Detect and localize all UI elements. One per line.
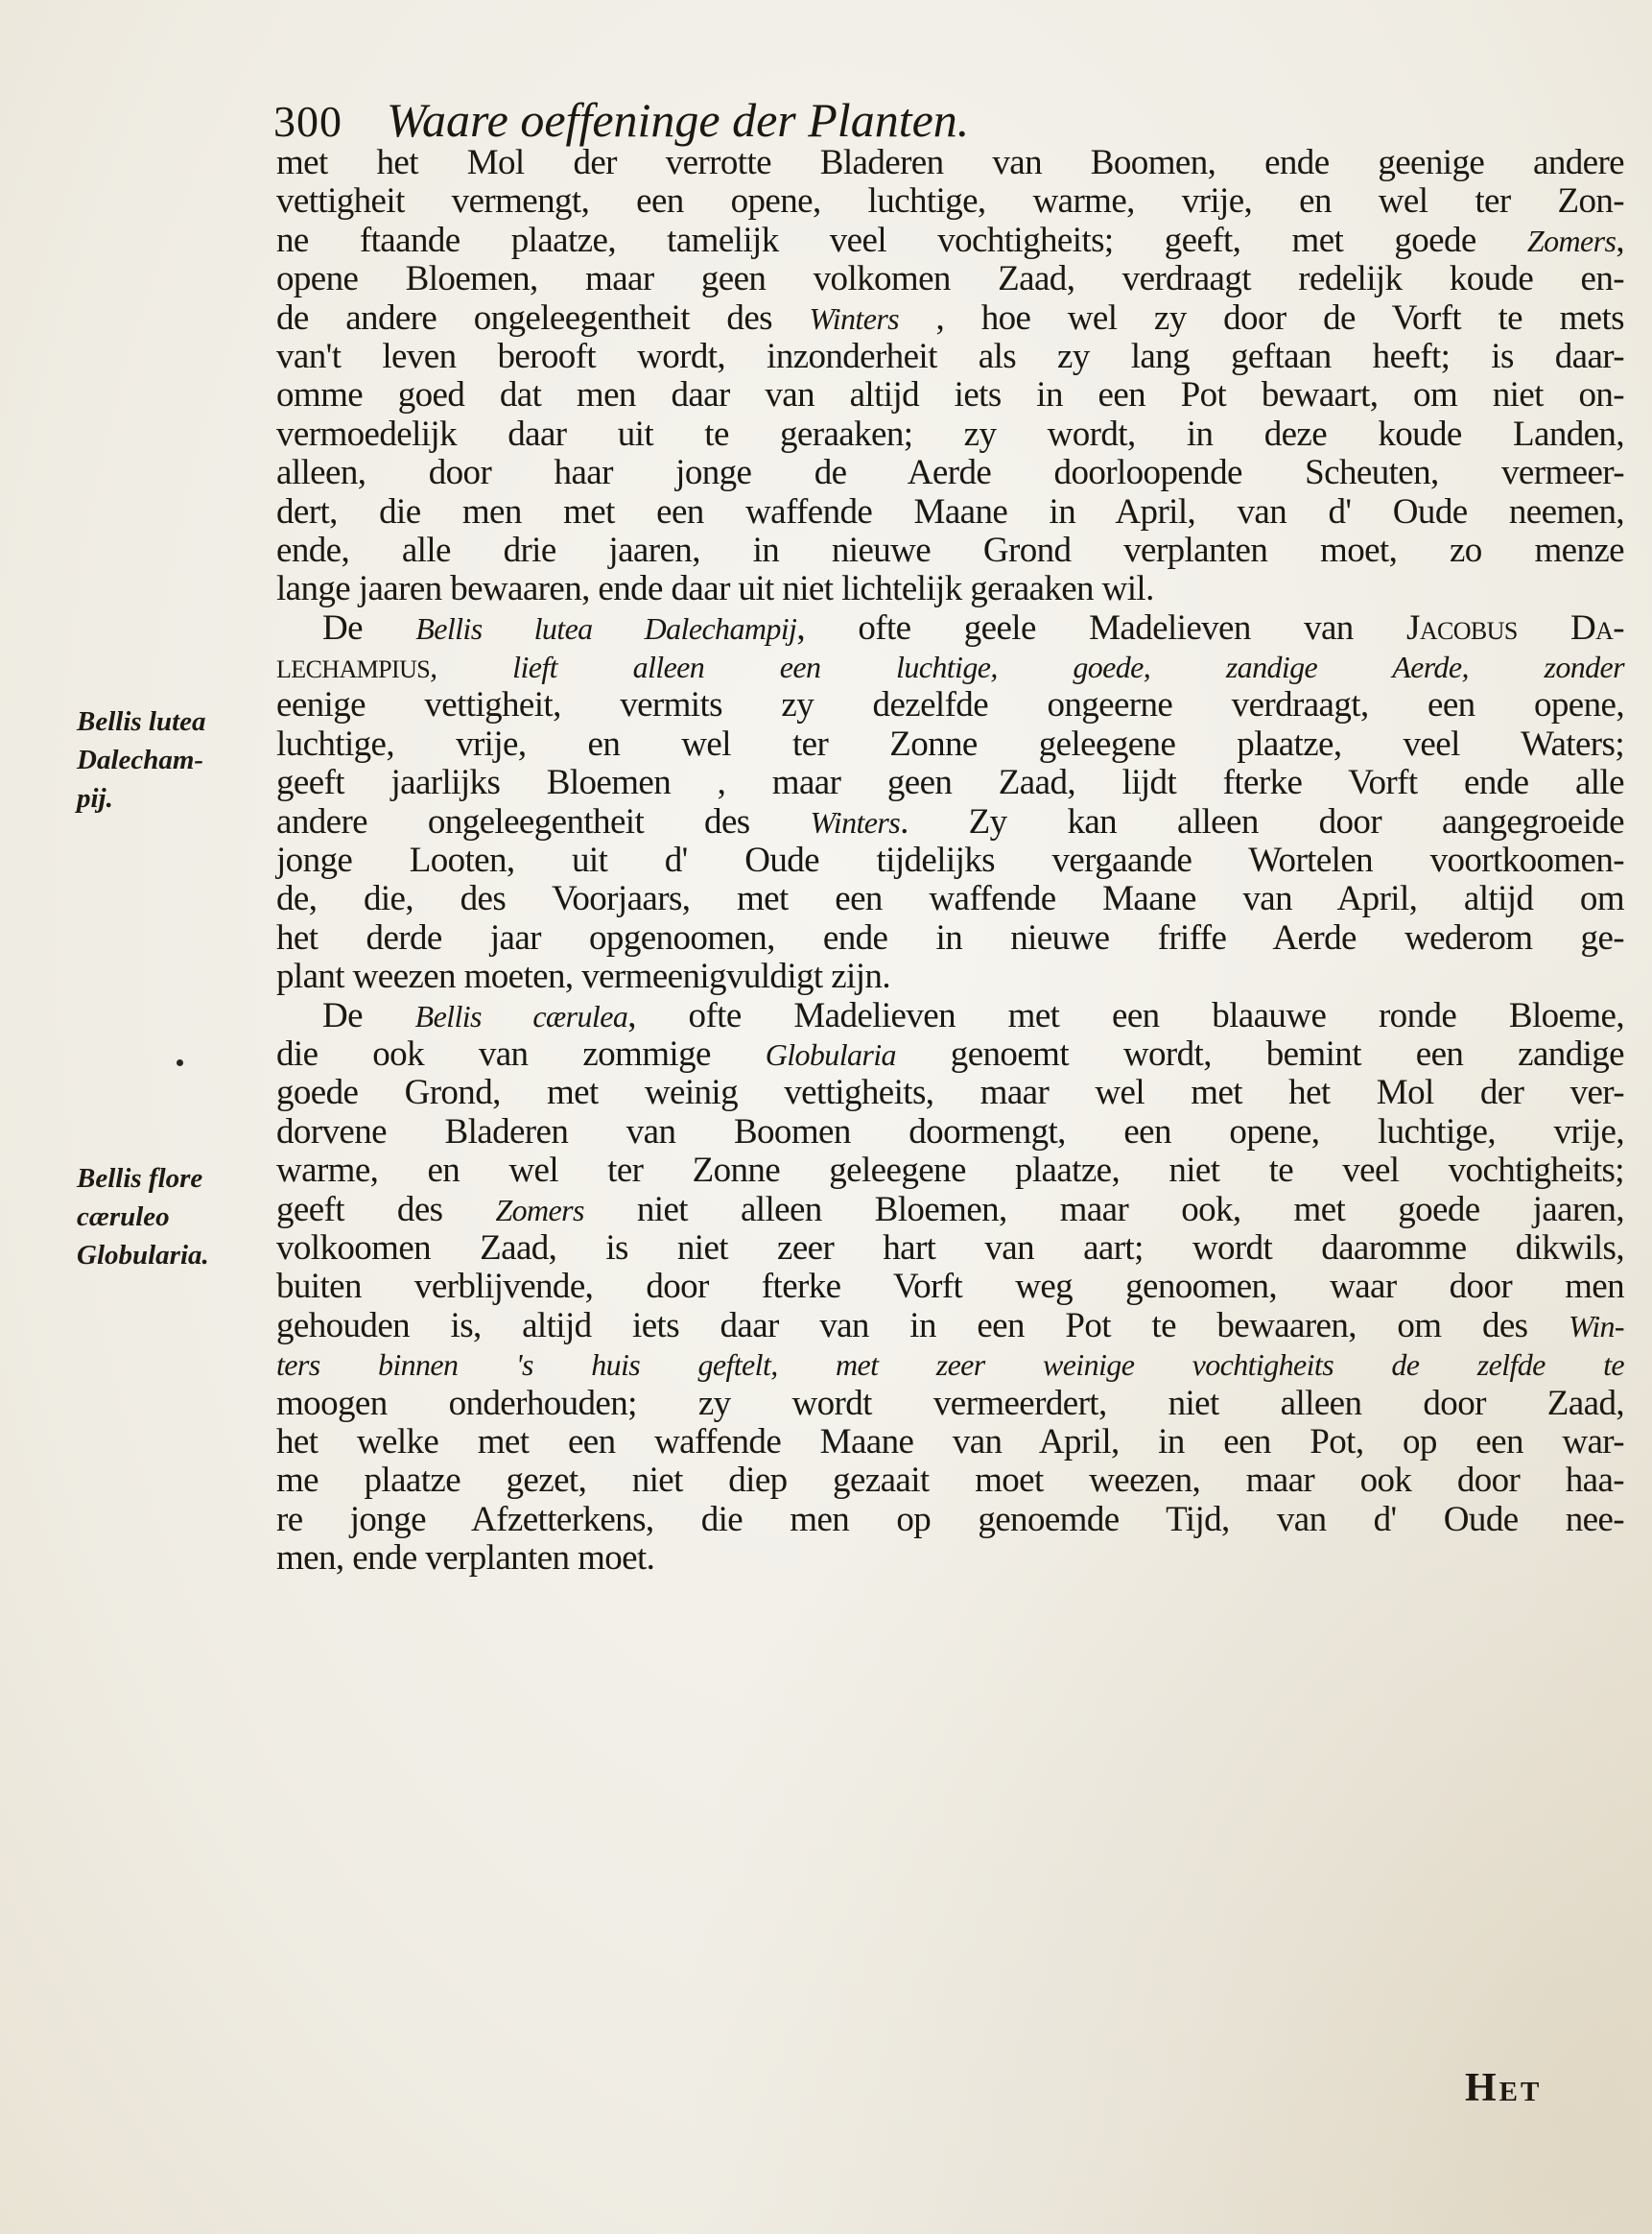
text-line: me plaatze gezet, niet diep gezaait moet…: [276, 1462, 1624, 1500]
catchword: Het: [1465, 2065, 1542, 2111]
text-run: luchtige, vrije, en wel ter Zonne geleeg…: [276, 725, 1624, 764]
text-run: . Zy kan alleen door aangegroeide: [900, 802, 1624, 842]
text-line: omme goed dat men daar van altijd iets i…: [276, 376, 1624, 415]
italic-term: , lieft alleen een luchtige, goede, zand…: [430, 650, 1624, 684]
text-run: niet alleen Bloemen, maar ook, met goede…: [584, 1190, 1624, 1229]
text-run: eenige vettigheit, vermits zy dezelfde o…: [276, 685, 1624, 725]
italic-term: Bellis lutea Dalechampij: [415, 611, 796, 646]
text-run: andere ongeleegentheit des: [276, 802, 810, 842]
margin-note-line: Globularia.: [77, 1236, 209, 1274]
body-text: met het Mol der verrotte Bladeren van Bo…: [276, 144, 1624, 1578]
text-run: gehouden is, altijd iets daar van in een…: [276, 1306, 1569, 1345]
person-name: lechampius: [276, 647, 430, 686]
text-run: geeft des: [276, 1190, 495, 1229]
text-run: moogen onderhouden; zy wordt vermeerdert…: [276, 1384, 1624, 1423]
text-run: dorvene Bladeren van Boomen doormengt, e…: [276, 1112, 1624, 1152]
italic-term: Zomers: [1527, 224, 1616, 258]
text-line: geeft des Zomers niet alleen Bloemen, ma…: [276, 1191, 1624, 1229]
text-line: warme, en wel ter Zonne geleegene plaatz…: [276, 1152, 1624, 1190]
italic-term: Winters: [810, 805, 900, 840]
text-run: met het Mol der verrotte Bladeren van Bo…: [276, 143, 1624, 182]
text-line: re jonge Afzetterkens, die men op genoem…: [276, 1501, 1624, 1539]
text-run: opene Bloemen, maar geen volkomen Zaad, …: [276, 259, 1624, 298]
text-run: het welke met een waffende Maane van Apr…: [276, 1422, 1624, 1462]
text-line: alleen, door haar jonge de Aerde doorloo…: [276, 454, 1624, 492]
text-run: , ofte Madelieven met een blaauwe ronde …: [627, 996, 1624, 1035]
margin-dot: [177, 1059, 183, 1066]
text-line: de andere ongeleegentheit des Winters , …: [276, 299, 1624, 338]
running-title: Waare oeffeninge der Planten.: [387, 92, 969, 148]
text-line: lange jaaren bewaaren, ende daar uit nie…: [276, 570, 1624, 608]
text-run: het derde jaar opgenoomen, ende in nieuw…: [276, 918, 1624, 958]
text-run: alleen, door haar jonge de Aerde doorloo…: [276, 453, 1624, 492]
text-line: opene Bloemen, maar geen volkomen Zaad, …: [276, 260, 1624, 298]
text-run: goede Grond, met weinig vettigheits, maa…: [276, 1073, 1624, 1112]
text-line: jonge Looten, uit d' Oude tijdelijks ver…: [276, 842, 1624, 880]
margin-note-line: pij.: [77, 779, 206, 818]
text-line: lechampius, lieft alleen een luchtige, g…: [276, 648, 1624, 686]
text-line: De Bellis lutea Dalechampij, ofte geele …: [276, 609, 1624, 648]
italic-term: Winters: [809, 301, 899, 336]
text-line: men, ende verplanten moet.: [276, 1539, 1624, 1578]
text-run: lange jaaren bewaaren, ende daar uit nie…: [276, 569, 1154, 608]
text-line: eenige vettigheit, vermits zy dezelfde o…: [276, 686, 1624, 725]
text-run: omme goed dat men daar van altijd iets i…: [276, 375, 1624, 415]
italic-term: Zomers: [495, 1193, 583, 1227]
text-run: ,: [1616, 221, 1624, 260]
text-line: moogen onderhouden; zy wordt vermeerdert…: [276, 1385, 1624, 1423]
text-run: men, ende verplanten moet.: [276, 1538, 654, 1578]
text-run: jonge Looten, uit d' Oude tijdelijks ver…: [276, 841, 1624, 880]
margin-note-line: cæruleo: [77, 1198, 209, 1236]
text-line: gehouden is, altijd iets daar van in een…: [276, 1307, 1624, 1345]
margin-note-line: Dalecham-: [77, 741, 206, 779]
text-line: ende, alle drie jaaren, in nieuwe Grond …: [276, 532, 1624, 570]
text-line: goede Grond, met weinig vettigheits, maa…: [276, 1074, 1624, 1112]
text-line: van't leven berooft wordt, inzonderheit …: [276, 338, 1624, 376]
italic-term: Win-: [1569, 1309, 1624, 1343]
italic-term: Globularia: [766, 1037, 896, 1072]
person-name: Jacobus Da-: [1406, 608, 1624, 648]
text-line: dert, die men met een waffende Maane in …: [276, 493, 1624, 532]
text-run: , hoe wel zy door de Vorft te mets: [899, 298, 1624, 338]
text-line: luchtige, vrije, en wel ter Zonne geleeg…: [276, 725, 1624, 764]
margin-note-line: Bellis flore: [77, 1159, 209, 1198]
margin-note-bellis-caerulea: Bellis florecæruleoGlobularia.: [77, 1159, 209, 1274]
page-number: 300: [273, 96, 342, 147]
text-run: de andere ongeleegentheit des: [276, 298, 809, 338]
text-run: , ofte geele Madelieven van: [796, 608, 1406, 648]
text-run: de, die, des Voorjaars, met een waffende…: [276, 879, 1624, 918]
text-line: de, die, des Voorjaars, met een waffende…: [276, 880, 1624, 918]
text-line: vermoedelijk daar uit te geraaken; zy wo…: [276, 416, 1624, 454]
text-run: ne ftaande plaatze, tamelijk veel vochti…: [276, 221, 1527, 260]
text-run: plant weezen moeten, vermeenigvuldigt zi…: [276, 957, 890, 996]
italic-term: binnen 's huis geftelt, met zeer weinige…: [320, 1347, 1624, 1382]
text-run: me plaatze gezet, niet diep gezaait moet…: [276, 1461, 1624, 1500]
text-run: genoemt wordt, bemint een zandige: [896, 1034, 1624, 1074]
italic-term: Bellis cærulea: [415, 999, 628, 1034]
text-run: die ook van zommige: [276, 1034, 766, 1074]
text-run: vettigheit vermengt, een opene, luchtige…: [276, 181, 1624, 221]
text-line: plant weezen moeten, vermeenigvuldigt zi…: [276, 958, 1624, 996]
text-run: vermoedelijk daar uit te geraaken; zy wo…: [276, 415, 1624, 454]
text-line: dorvene Bladeren van Boomen doormengt, e…: [276, 1113, 1624, 1152]
text-run: De: [322, 996, 415, 1035]
text-run: van't leven berooft wordt, inzonderheit …: [276, 337, 1624, 376]
text-run: buiten verblijvende, door fterke Vorft w…: [276, 1267, 1624, 1306]
margin-note-bellis-lutea: Bellis luteaDalecham-pij.: [77, 702, 206, 818]
text-line: het welke met een waffende Maane van Apr…: [276, 1423, 1624, 1462]
text-line: volkoomen Zaad, is niet zeer hart van aa…: [276, 1229, 1624, 1268]
text-run: ende, alle drie jaaren, in nieuwe Grond …: [276, 531, 1624, 570]
text-line: het derde jaar opgenoomen, ende in nieuw…: [276, 919, 1624, 958]
text-run: warme, en wel ter Zonne geleegene plaatz…: [276, 1151, 1624, 1190]
margin-note-line: Bellis lutea: [77, 702, 206, 741]
text-run: dert, die men met een waffende Maane in …: [276, 492, 1624, 532]
text-line: geeft jaarlijks Bloemen , maar geen Zaad…: [276, 764, 1624, 802]
text-line: buiten verblijvende, door fterke Vorft w…: [276, 1268, 1624, 1306]
text-line: andere ongeleegentheit des Winters. Zy k…: [276, 803, 1624, 842]
text-run: geeft jaarlijks Bloemen , maar geen Zaad…: [276, 763, 1624, 802]
text-line: ters binnen 's huis geftelt, met zeer we…: [276, 1345, 1624, 1384]
text-line: met het Mol der verrotte Bladeren van Bo…: [276, 144, 1624, 182]
text-run: volkoomen Zaad, is niet zeer hart van aa…: [276, 1228, 1624, 1268]
text-run: De: [322, 608, 415, 648]
text-run: re jonge Afzetterkens, die men op genoem…: [276, 1500, 1624, 1539]
italic-term: ters: [276, 1347, 320, 1382]
text-line: die ook van zommige Globularia genoemt w…: [276, 1035, 1624, 1074]
text-line: ne ftaande plaatze, tamelijk veel vochti…: [276, 222, 1624, 260]
text-line: vettigheit vermengt, een opene, luchtige…: [276, 182, 1624, 221]
text-line: De Bellis cærulea, ofte Madelieven met e…: [276, 997, 1624, 1035]
